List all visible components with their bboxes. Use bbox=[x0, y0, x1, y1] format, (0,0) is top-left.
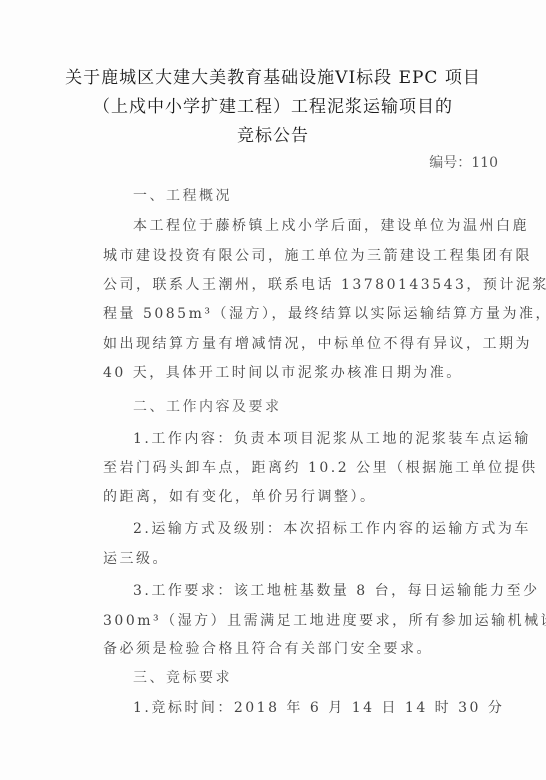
paragraph-line: 如出现结算方量有增减情况，中标单位不得有异议，工期为 bbox=[103, 333, 505, 353]
paragraph-line: 40 天，具体开工时间以市泥浆办核准日期为准。 bbox=[103, 362, 505, 382]
paragraph-line: 300m³（湿方）且需满足工地进度要求，所有参加运输机械设 bbox=[103, 610, 505, 630]
paragraph-line: 本工程位于藤桥镇上戍小学后面，建设单位为温州白鹿 bbox=[133, 215, 505, 235]
title-line-1: 关于鹿城区大建大美教育基础设施VI标段 EPC 项目 bbox=[0, 63, 546, 88]
document-number: 编号：110 bbox=[429, 152, 498, 172]
paragraph-line: 公司，联系人王潮州，联系电话 13780143543，预计泥浆工 bbox=[103, 274, 505, 294]
paragraph-line: 1.竞标时间：2018 年 6 月 14 日 14 时 30 分 bbox=[133, 697, 505, 717]
title-line-3: 竞标公告 bbox=[0, 121, 546, 146]
section-2-heading: 二、工作内容及要求 bbox=[133, 396, 535, 416]
paragraph-line: 城市建设投资有限公司，施工单位为三箭建设工程集团有限 bbox=[103, 245, 505, 265]
paragraph-line: 程量 5085m³（湿方），最终结算以实际运输结算方量为准， bbox=[103, 303, 505, 323]
paragraph-line: 3.工作要求：该工地桩基数量 8 台，每日运输能力至少 bbox=[133, 580, 505, 600]
section-1-heading: 一、工程概况 bbox=[133, 185, 535, 205]
paragraph-line: 运三级。 bbox=[103, 548, 505, 568]
paragraph-line: 至岩门码头卸车点，距离约 10.2 公里（根据施工单位提供 bbox=[103, 457, 505, 477]
paragraph-line: 的距离，如有变化，单价另行调整）。 bbox=[103, 486, 505, 506]
section-3-heading: 三、竞标要求 bbox=[133, 667, 535, 687]
paragraph-line: 备必须是检验合格且符合有关部门安全要求。 bbox=[103, 638, 505, 658]
title-line-2: （上戍中小学扩建工程）工程泥浆运输项目的 bbox=[0, 92, 546, 117]
paragraph-line: 1.工作内容：负责本项目泥浆从工地的泥浆装车点运输 bbox=[133, 428, 505, 448]
paragraph-line: 2.运输方式及级别：本次招标工作内容的运输方式为车 bbox=[133, 518, 505, 538]
